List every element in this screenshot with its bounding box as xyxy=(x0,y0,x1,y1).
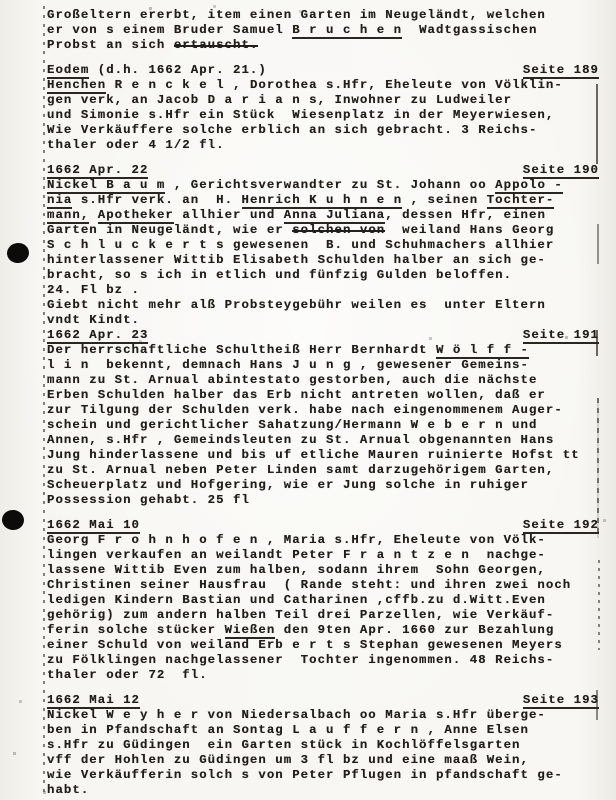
text-line: Annen, s.Hfr , Gemeindsleuten zu St. Arn… xyxy=(47,433,599,448)
entry-header: 1662 Mai 10Seite 192 xyxy=(47,518,599,533)
text-segment: Annen, s.Hfr , Gemeindsleuten zu St. Arn… xyxy=(47,433,554,447)
underlined-text: mann, xyxy=(47,208,89,224)
photocopy-noise xyxy=(0,0,1,1)
text-line: nia s.Hfr verk. an H. Henrich K u h n e … xyxy=(47,193,599,208)
text-segment: Probst an sich xyxy=(47,38,174,52)
text-segment: vndt Kindt. xyxy=(47,313,140,327)
text-line: hinterlassener Wittib Elisabeth Schulden… xyxy=(47,253,599,268)
text-line: er von s einem Bruder Samuel B r u c h e… xyxy=(47,23,599,38)
text-segment: s.Hfr zu Güdingen ein Garten stück in Ko… xyxy=(47,738,521,752)
underlined-text: Seite 191 xyxy=(523,328,599,344)
text-line: ben in Pfandschaft an Sontag L a u f f e… xyxy=(47,723,599,738)
text-line: Giebt nicht mehr alß Probsteygebühr weil… xyxy=(47,298,599,313)
page-reference: Seite 190 xyxy=(523,163,599,178)
entry-date: 1662 Apr. 22 xyxy=(47,163,148,178)
text-line: vff der Hohlen zu Güdingen um 3 fl bz un… xyxy=(47,753,599,768)
text-segment: , seinen xyxy=(402,193,487,207)
text-segment: mann zu St. Arnual abintestato gestorben… xyxy=(47,373,537,387)
text-segment: s.Hfr verk. an H. xyxy=(72,193,241,207)
text-segment: , Gerichtsverwandter zu St. Johann oo xyxy=(165,178,495,192)
text-segment: hinterlassener Wittib Elisabeth Schulden… xyxy=(47,253,546,267)
text-segment: habt. xyxy=(47,783,89,797)
underlined-text: Seite 192 xyxy=(523,518,599,534)
text-segment: R e n c k e l , Dorothea s.Hfr, Eheleute… xyxy=(106,78,563,92)
text-segment: ferin solche stücker xyxy=(47,623,225,637)
scanned-document-page: Großeltern ererbt, item einen Garten im … xyxy=(0,0,616,800)
entry-date: 1662 Mai 10 xyxy=(47,518,140,533)
text-line: Probst an sich ertauscht. xyxy=(47,38,599,53)
text-segment: zu Fölklingen nachgelassener Tochter ing… xyxy=(47,653,554,667)
text-segment: Jung hinderlassene und bis uf etliche Ma… xyxy=(47,448,580,462)
text-line: Scheuerplatz und Hofgering, wie er Jung … xyxy=(47,478,599,493)
underlined-text: Tochter- xyxy=(487,193,555,209)
text-segment: den 9ten Apr. 1660 zur Bezahlung xyxy=(275,623,554,637)
page-reference: Seite 189 xyxy=(523,63,599,78)
text-segment: und Simonie s.Hfr ein Stück Wiesenplatz … xyxy=(47,108,554,122)
document-text: Großeltern ererbt, item einen Garten im … xyxy=(47,8,599,798)
struck-text: ertauscht. xyxy=(174,38,259,52)
underlined-text: Henrich K u h n e n xyxy=(242,193,403,209)
entry-date: 1662 Mai 12 xyxy=(47,693,140,708)
text-line: Christinen seiner Hausfrau ( Rande steht… xyxy=(47,578,599,593)
underlined-text: Appolo - xyxy=(495,178,563,194)
entry-header: Eodem (d.h. 1662 Apr. 21.)Seite 189 xyxy=(47,63,599,78)
underlined-text: nia xyxy=(47,193,72,209)
text-segment: bracht, so s ich in etlich und fünfzig G… xyxy=(47,268,512,282)
text-line: Großeltern ererbt, item einen Garten im … xyxy=(47,8,599,23)
text-line: mann zu St. Arnual abintestato gestorben… xyxy=(47,373,599,388)
text-segment: lingen verkaufen an weilandt Peter F r a… xyxy=(47,548,546,562)
text-line: thaler oder 72 fl. xyxy=(47,668,599,683)
underlined-text: Eodem xyxy=(47,63,89,79)
text-segment: schein und gerichtlicher Sahatzung/Herma… xyxy=(47,418,537,432)
text-segment: , dessen Hfr, einen xyxy=(385,208,546,222)
text-line: mann, Apotheker allhier und Anna Juliana… xyxy=(47,208,599,223)
text-line: Georg F r o h n h o f e n , Maria s.Hfr,… xyxy=(47,533,599,548)
text-line: s.Hfr zu Güdingen ein Garten stück in Ko… xyxy=(47,738,599,753)
text-line: Erben Schulden halber das Erb nicht antr… xyxy=(47,388,599,403)
text-segment: vff der Hohlen zu Güdingen um 3 fl bz un… xyxy=(47,753,529,767)
text-segment: er von s einem Bruder Samuel xyxy=(47,23,292,37)
text-segment: zu St. Arnual neben Peter Linden samt da… xyxy=(47,463,554,477)
text-line: zu Fölklingen nachgelassener Tochter ing… xyxy=(47,653,599,668)
text-line: ferin solche stücker Wießen den 9ten Apr… xyxy=(47,623,599,638)
text-line: vndt Kindt. xyxy=(47,313,599,328)
text-line: S c h l u c k e r t s gewesenen B. und S… xyxy=(47,238,599,253)
text-line: ledigen Kindern Bastian und Catharinen ,… xyxy=(47,593,599,608)
entry-header: 1662 Apr. 23Seite 191 xyxy=(47,328,599,343)
text-segment: Giebt nicht mehr alß Probsteygebühr weil… xyxy=(47,298,546,312)
underlined-text: 1662 Mai 10 xyxy=(47,518,140,534)
struck-text: solchen von xyxy=(292,223,385,237)
text-segment: weiland Hans Georg xyxy=(385,223,554,237)
text-line: lingen verkaufen an weilandt Peter F r a… xyxy=(47,548,599,563)
text-line: Jung hinderlassene und bis uf etliche Ma… xyxy=(47,448,599,463)
text-segment: S c h l u c k e r t s gewesenen B. und S… xyxy=(47,238,554,252)
text-segment: ledigen Kindern Bastian und Catharinen ,… xyxy=(47,593,546,607)
underlined-text: Apotheker xyxy=(98,208,174,224)
text-segment: ben in Pfandschaft an Sontag L a u f f e… xyxy=(47,723,529,737)
underlined-text: 1662 Apr. 22 xyxy=(47,163,148,179)
text-line: Nickel B a u m , Gerichtsverwandter zu S… xyxy=(47,178,599,193)
underlined-text: Henchen xyxy=(47,78,106,94)
text-segment: gehörig) zum andern halben Teil drei Par… xyxy=(47,608,554,622)
text-segment: einer Schuld von weiland Erb e r t s Ste… xyxy=(47,638,563,652)
text-line: Henchen R e n c k e l , Dorothea s.Hfr, … xyxy=(47,78,599,93)
text-line: Possession gehabt. 25 fl xyxy=(47,493,599,508)
text-line: zu St. Arnual neben Peter Linden samt da… xyxy=(47,463,599,478)
text-line: Der herrschaftliche Schultheiß Herr Bern… xyxy=(47,343,599,358)
paragraph-gap xyxy=(47,683,599,693)
text-segment: zur Tilgung der Schulden verk. habe nach… xyxy=(47,403,563,417)
underlined-text: Seite 190 xyxy=(523,163,599,179)
page-reference: Seite 193 xyxy=(523,693,599,708)
paragraph-gap xyxy=(47,508,599,518)
text-segment: 24. Fl bz . xyxy=(47,283,140,297)
page-reference: Seite 192 xyxy=(523,518,599,533)
text-line: Garten in Neugeländt, wie er solchen von… xyxy=(47,223,599,238)
text-segment: Wie Verkäuffere solche erblich an sich g… xyxy=(47,123,537,137)
underlined-text: Seite 189 xyxy=(523,63,599,79)
paragraph-gap xyxy=(47,53,599,63)
text-line: zur Tilgung der Schulden verk. habe nach… xyxy=(47,403,599,418)
text-line: 24. Fl bz . xyxy=(47,283,599,298)
punch-hole xyxy=(1,509,25,531)
entry-header: 1662 Mai 12Seite 193 xyxy=(47,693,599,708)
text-segment: Der herrschaftliche Schultheiß Herr Bern… xyxy=(47,343,436,357)
text-segment: Garten in Neugeländt, wie er xyxy=(47,223,292,237)
text-line: lassene Wittib Even zum halben, sodann i… xyxy=(47,563,599,578)
text-line: und Simonie s.Hfr ein Stück Wiesenplatz … xyxy=(47,108,599,123)
underlined-text: Nickel B a u m xyxy=(47,178,165,194)
text-line: thaler oder 4 1/2 fl. xyxy=(47,138,599,153)
text-segment: Großeltern ererbt, item einen Garten im … xyxy=(47,8,546,22)
text-line: gen verk, an Jacob D a r i a n s, Inwohn… xyxy=(47,93,599,108)
text-segment: allhier und xyxy=(174,208,284,222)
text-segment: (d.h. 1662 Apr. 21.) xyxy=(89,63,267,77)
text-segment: Scheuerplatz und Hofgering, wie er Jung … xyxy=(47,478,529,492)
underlined-text: Wießen xyxy=(225,623,276,639)
entry-date: 1662 Apr. 23 xyxy=(47,328,148,343)
text-segment: l i n bekennt, demnach Hans J u n g , ge… xyxy=(47,358,529,372)
punch-hole xyxy=(6,242,31,265)
text-segment: wie Verkäufferin solch s von Peter Pflug… xyxy=(47,768,563,782)
text-segment: lassene Wittib Even zum halben, sodann i… xyxy=(47,563,546,577)
page-reference: Seite 191 xyxy=(523,328,599,343)
text-segment xyxy=(89,208,97,222)
text-segment: thaler oder 72 fl. xyxy=(47,668,208,682)
underlined-text: Anna Juliana xyxy=(284,208,385,224)
text-segment: Wadtgassischen xyxy=(402,23,537,37)
text-segment: Georg F r o h n h o f e n , Maria s.Hfr,… xyxy=(47,533,546,547)
text-line: l i n bekennt, demnach Hans J u n g , ge… xyxy=(47,358,599,373)
text-segment: Nickel W e y h e r von Niedersalbach oo … xyxy=(47,708,546,722)
entry-header: 1662 Apr. 22Seite 190 xyxy=(47,163,599,178)
page-left-edge-line xyxy=(43,6,45,794)
underlined-text: 1662 Apr. 23 xyxy=(47,328,148,344)
underlined-text: Seite 193 xyxy=(523,693,599,709)
underlined-text: 1662 Mai 12 xyxy=(47,693,140,709)
underlined-text: B r u c h e n xyxy=(292,23,402,39)
text-line: wie Verkäufferin solch s von Peter Pflug… xyxy=(47,768,599,783)
text-segment: Possession gehabt. 25 fl xyxy=(47,493,250,507)
text-segment: Erben Schulden halber das Erb nicht antr… xyxy=(47,388,546,402)
text-line: bracht, so s ich in etlich und fünfzig G… xyxy=(47,268,599,283)
paragraph-gap xyxy=(47,153,599,163)
underlined-text: W ö l f f - xyxy=(436,343,529,359)
text-line: Nickel W e y h e r von Niedersalbach oo … xyxy=(47,708,599,723)
text-line: einer Schuld von weiland Erb e r t s Ste… xyxy=(47,638,599,653)
text-segment: gen verk, an Jacob D a r i a n s, Inwohn… xyxy=(47,93,512,107)
text-line: habt. xyxy=(47,783,599,798)
text-line: schein und gerichtlicher Sahatzung/Herma… xyxy=(47,418,599,433)
text-segment: Christinen seiner Hausfrau ( Rande steht… xyxy=(47,578,571,592)
text-line: Wie Verkäuffere solche erblich an sich g… xyxy=(47,123,599,138)
text-line: gehörig) zum andern halben Teil drei Par… xyxy=(47,608,599,623)
text-segment: thaler oder 4 1/2 fl. xyxy=(47,138,225,152)
entry-date: Eodem (d.h. 1662 Apr. 21.) xyxy=(47,63,267,78)
